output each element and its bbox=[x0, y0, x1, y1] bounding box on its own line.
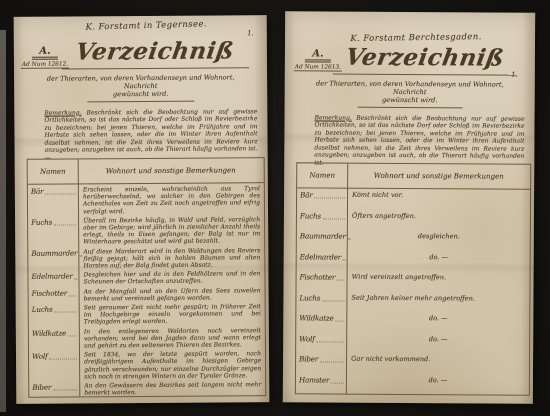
table-row: Bär Kömt nicht vor. bbox=[297, 188, 530, 210]
species-name-cell: Fischotter bbox=[296, 270, 346, 291]
table-row: Baummarder Auf diese Marderart wird in d… bbox=[28, 245, 264, 270]
page-content-right: K. Forstamt Berchtesgaden. 1. A. Ad Num … bbox=[283, 11, 535, 404]
species-name: Edelmarder bbox=[300, 252, 341, 261]
dotted-leader bbox=[314, 197, 345, 198]
table-row: Luchs Seit Jahren keiner mehr angetroffe… bbox=[296, 291, 529, 313]
table-body: Bär Erscheint einzeln, wahrscheinlich au… bbox=[28, 183, 265, 397]
subtitle-line-2: gewünscht wird. bbox=[301, 96, 519, 106]
dotted-leader bbox=[322, 300, 344, 301]
species-name-cell: Fischotter bbox=[29, 286, 79, 303]
species-name: Edelmarder bbox=[31, 272, 72, 281]
species-name-cell: Bär bbox=[28, 184, 78, 215]
table-header-row: Namen Wohnort und sonstige Bemerkungen bbox=[28, 158, 264, 185]
species-name-cell: Luchs bbox=[29, 302, 79, 326]
remark-entry: do. — bbox=[346, 312, 529, 334]
table-row: Bär Erscheint einzeln, wahrscheinlich au… bbox=[28, 183, 264, 215]
remark-entry: Seit Jahren keiner mehr angetroffen. bbox=[346, 291, 529, 313]
dotted-leader bbox=[54, 224, 76, 225]
species-name-cell: Edelmarder bbox=[28, 270, 78, 287]
species-table: Namen Wohnort und sonstige Bemerkungen B… bbox=[295, 162, 531, 395]
remark-label: Bemerkung. bbox=[315, 114, 352, 121]
remark-entry: An der Mangfall und an den Ufern des See… bbox=[79, 285, 265, 303]
document-title: Verzeichniß bbox=[344, 44, 507, 72]
remark-text: Beschränkt sich die Beobachtung nur auf … bbox=[44, 108, 257, 161]
remarks-column-header: Wohnort und sonstige Bemerkungen bbox=[78, 166, 264, 175]
page-content-left: K. Forstamt in Tegernsee. 1. A. Ad Num 1… bbox=[14, 15, 270, 404]
dotted-leader bbox=[336, 321, 345, 322]
dotted-leader bbox=[343, 259, 345, 260]
remark-entry: An den Gewässern des Bezirkes seit lange… bbox=[79, 379, 265, 397]
dotted-leader bbox=[54, 312, 76, 313]
remark-entry: Auf diese Marderart wird in den Waldunge… bbox=[78, 245, 264, 270]
species-name: Baummarder bbox=[31, 248, 77, 257]
species-name: Bär bbox=[300, 190, 312, 199]
dotted-leader bbox=[337, 280, 345, 281]
species-name: Fuchs bbox=[31, 217, 52, 226]
scanned-documents-photo: K. Forstamt in Tegernsee. 1. A. Ad Num 1… bbox=[0, 0, 550, 416]
remark-paragraph: Bemerkung. Beschränkt sich die Beobachtu… bbox=[314, 114, 524, 168]
species-name-cell: Wolf bbox=[29, 350, 79, 381]
species-table: Namen Wohnort und sonstige Bemerkungen B… bbox=[27, 157, 267, 398]
dotted-leader bbox=[317, 341, 345, 342]
remark-entry: do. — bbox=[346, 332, 529, 354]
table-row: Wildkatze In den entlegeneren Waldorten … bbox=[29, 325, 265, 350]
dotted-leader bbox=[323, 218, 345, 219]
title-block: Verzeichniß bbox=[333, 44, 517, 76]
species-name-cell: Luchs bbox=[296, 291, 346, 312]
remark-entry: Kömt nicht vor. bbox=[347, 189, 530, 211]
table-edge-highlight bbox=[0, 30, 6, 412]
remarks-column-header: Wohnort und sonstige Bemerkungen bbox=[347, 172, 530, 181]
document-title: Verzeichniß bbox=[74, 37, 236, 65]
table-row: Hamster do. — bbox=[296, 373, 529, 395]
remark-entry: desgleichen. bbox=[347, 230, 530, 252]
species-name: Biber bbox=[32, 383, 51, 392]
remark-text: Beschränkt sich die Beobachtung nur auf … bbox=[314, 114, 524, 166]
remark-entry: Wird vereinzelt angetroffen. bbox=[346, 271, 529, 293]
remark-entry: Seit 1834, wo der letzte gespürt worden,… bbox=[79, 348, 265, 380]
species-name-cell: Baummarder bbox=[28, 246, 78, 270]
remark-entry: Überall im Bezirke häufig, in Wald und F… bbox=[78, 214, 264, 246]
species-name: Bär bbox=[31, 187, 43, 196]
subtitle-line-1: der Thierarten, von deren Vorhandenseyn … bbox=[30, 73, 251, 91]
remark-label: Bemerkung. bbox=[44, 109, 81, 116]
table-row: Wolf Seit 1834, wo der letzte gespürt wo… bbox=[29, 348, 265, 380]
species-name: Hamster bbox=[299, 375, 329, 384]
species-name: Wildkatze bbox=[299, 313, 333, 322]
table-row: Fischotter Wird vereinzelt angetroffen. bbox=[296, 270, 529, 292]
dotted-leader bbox=[75, 279, 77, 280]
table-header-row: Namen Wohnort und sonstige Bemerkungen bbox=[297, 163, 530, 189]
table-row: Wolf do. — bbox=[296, 332, 529, 354]
table-row: Baummarder desgleichen. bbox=[297, 229, 530, 251]
species-name: Fischotter bbox=[32, 288, 67, 297]
dotted-leader bbox=[45, 193, 76, 194]
remark-entry: Beide Thiergattungen fehlen. bbox=[79, 396, 265, 397]
dotted-leader bbox=[69, 295, 77, 296]
document-page-left: K. Forstamt in Tegernsee. 1. A. Ad Num 1… bbox=[14, 15, 270, 404]
table-body: Bär Kömt nicht vor. Fuchs Öfters angetro… bbox=[296, 188, 530, 394]
remark-entry: Seit geraumer Zeit nicht mehr gespürt; i… bbox=[79, 301, 265, 326]
species-name-cell: Biber bbox=[29, 381, 79, 397]
table-row: Fuchs Öfters angetroffen. bbox=[297, 209, 530, 231]
species-name: Baummarder bbox=[300, 231, 346, 240]
subtitle-line-2: gewünscht wird. bbox=[30, 90, 251, 100]
remark-entry: do. — bbox=[346, 373, 529, 395]
species-name-cell: Edelmarder bbox=[297, 250, 347, 271]
species-name-cell: Fuchs bbox=[297, 209, 347, 230]
species-name: Biber bbox=[299, 354, 318, 363]
remark-entry: In den entlegeneren Waldorten noch verei… bbox=[79, 325, 265, 350]
title-block: Verzeichniß bbox=[62, 37, 249, 69]
remark-entry: Desgleichen hier und da in den Feldhölze… bbox=[78, 268, 264, 286]
table-row: Fischotter An der Mangfall und an den Uf… bbox=[29, 285, 265, 303]
species-name: Wolf bbox=[299, 334, 314, 343]
subtitle-rule bbox=[88, 100, 194, 102]
table-row: Edelmarder do. — bbox=[297, 250, 530, 272]
table-row: Biber Gar nicht vorkommend. bbox=[296, 352, 529, 374]
names-column-header: Namen bbox=[28, 167, 78, 175]
remark-entry: Erscheint einzeln, wahrscheinlich aus Ty… bbox=[78, 183, 264, 215]
subtitle-rule bbox=[357, 106, 462, 108]
species-name: Wolf bbox=[32, 352, 47, 361]
remark-paragraph: Bemerkung. Beschränkt sich die Beobachtu… bbox=[44, 108, 257, 162]
remark-entry: Öfters angetroffen. bbox=[347, 209, 530, 231]
species-name-cell: Baummarder bbox=[297, 229, 347, 250]
species-name: Luchs bbox=[32, 305, 53, 314]
species-name-cell: Wolf bbox=[296, 332, 346, 353]
species-name-cell: Wildkatze bbox=[296, 311, 346, 332]
dotted-leader bbox=[53, 390, 77, 391]
species-name: Luchs bbox=[299, 293, 320, 302]
document-page-right: K. Forstamt Berchtesgaden. 1. A. Ad Num … bbox=[283, 11, 535, 404]
remark-entry: Gar nicht vorkommend. bbox=[346, 353, 529, 375]
species-name-cell: Bär bbox=[297, 188, 347, 209]
table-row: Wildkatze do. — bbox=[296, 311, 529, 333]
dotted-leader bbox=[320, 361, 344, 362]
dotted-leader bbox=[68, 335, 77, 336]
species-name: Fischotter bbox=[300, 272, 335, 281]
species-name-cell: Hamster bbox=[296, 373, 346, 394]
subtitle-line-1: der Thierarten, von deren Vorhandenseyn … bbox=[301, 79, 519, 97]
table-row: Biber An den Gewässern des Bezirkes seit… bbox=[29, 379, 265, 397]
table-row: Edelmarder Desgleichen hier und da in de… bbox=[28, 268, 264, 286]
species-name: Wildkatze bbox=[32, 328, 66, 337]
table-row: Luchs Seit geraumer Zeit nicht mehr gesp… bbox=[29, 301, 265, 326]
remark-entry: do. — bbox=[347, 250, 530, 272]
species-name-cell: Wildkatze bbox=[29, 326, 79, 350]
table-row: Fuchs Überall im Bezirke häufig, in Wald… bbox=[28, 214, 264, 246]
species-name-cell: Fuchs bbox=[28, 215, 78, 246]
species-name: Fuchs bbox=[300, 211, 321, 220]
dotted-leader bbox=[49, 359, 77, 360]
names-column-header: Namen bbox=[297, 171, 347, 179]
species-name-cell: Biber bbox=[296, 352, 346, 373]
dotted-leader bbox=[331, 382, 344, 383]
